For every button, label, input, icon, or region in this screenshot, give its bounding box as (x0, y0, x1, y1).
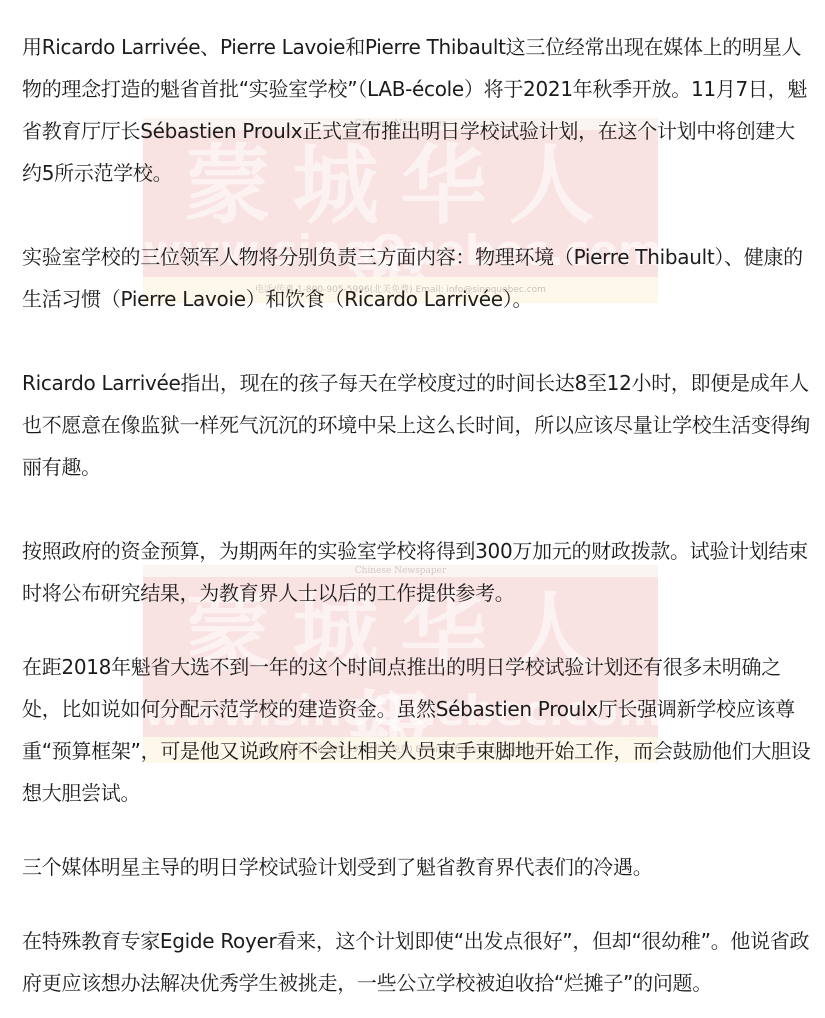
paragraph-three-leaders: 实验室学校的三位领军人物将分别负责三方面内容：物理环境（Pierre Thiba… (22, 236, 812, 320)
paragraph-cold-reception: 三个媒体明星主导的明日学校试验计划受到了魁省教育界代表们的冷遇。 (22, 846, 812, 888)
paragraph-lab-ecole-intro: 用Ricardo Larrivée、Pierre Lavoie和Pierre T… (22, 26, 812, 194)
paragraph-budget: 按照政府的资金预算，为期两年的实验室学校将得到300万加元的财政拨款。试验计划结… (22, 530, 812, 614)
paragraph-larrivee-quote: Ricardo Larrivée指出，现在的孩子每天在学校度过的时间长达8至12… (22, 362, 812, 488)
article-body: 用Ricardo Larrivée、Pierre Lavoie和Pierre T… (22, 26, 812, 1004)
paragraph-royer-opinion: 在特殊教育专家Egide Royer看来，这个计划即使“出发点很好”，但却“很幼… (22, 920, 812, 1004)
paragraph-election-timing: 在距2018年魁省大选不到一年的这个时间点推出的明日学校试验计划还有很多未明确之… (22, 646, 812, 814)
